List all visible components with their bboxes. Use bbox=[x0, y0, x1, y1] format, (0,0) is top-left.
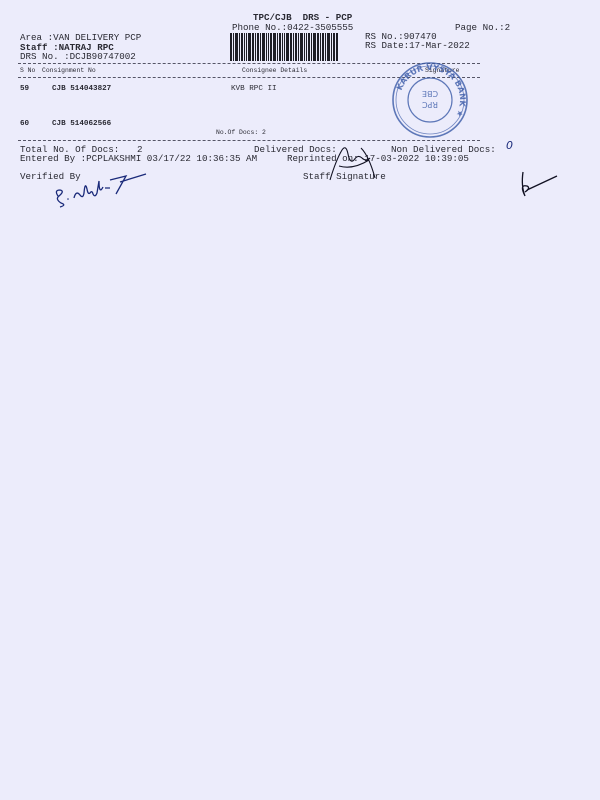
barcode bbox=[230, 33, 345, 61]
divider bbox=[18, 140, 480, 141]
phone-number: Phone No.:0422-3505555 bbox=[232, 23, 353, 33]
column-header-sno: S No bbox=[20, 67, 35, 75]
no-of-docs: No.Of Docs: 2 bbox=[216, 129, 266, 137]
bank-stamp: KARUR VYSYA BANK ★ RPC CBE bbox=[390, 60, 470, 140]
non-delivered-docs-value: 0 bbox=[506, 139, 513, 152]
rs-date: RS Date:17-Mar-2022 bbox=[365, 41, 470, 51]
column-header-consignment: Consignment No bbox=[42, 67, 96, 75]
row-consignment-no: CJB 514062566 bbox=[52, 120, 111, 129]
row-consignment-no: CJB 514043827 bbox=[52, 85, 111, 94]
row-sno: 59 bbox=[20, 85, 29, 94]
svg-text:CBE: CBE bbox=[422, 89, 438, 98]
svg-text:RPC: RPC bbox=[422, 100, 438, 109]
page-number: Page No.:2 bbox=[455, 23, 510, 33]
row-consignee: KVB RPC II bbox=[231, 85, 277, 94]
entered-by: Entered By :PCPLAKSHMI 03/17/22 10:36:35… bbox=[20, 154, 257, 164]
verified-signature bbox=[50, 168, 150, 213]
drs-number: DRS No. :DCJB90747002 bbox=[20, 52, 136, 62]
initials-mark bbox=[515, 168, 565, 203]
staff-signature bbox=[325, 142, 385, 184]
column-header-consignee: Consignee Details bbox=[242, 67, 307, 75]
row-sno: 60 bbox=[20, 120, 29, 129]
